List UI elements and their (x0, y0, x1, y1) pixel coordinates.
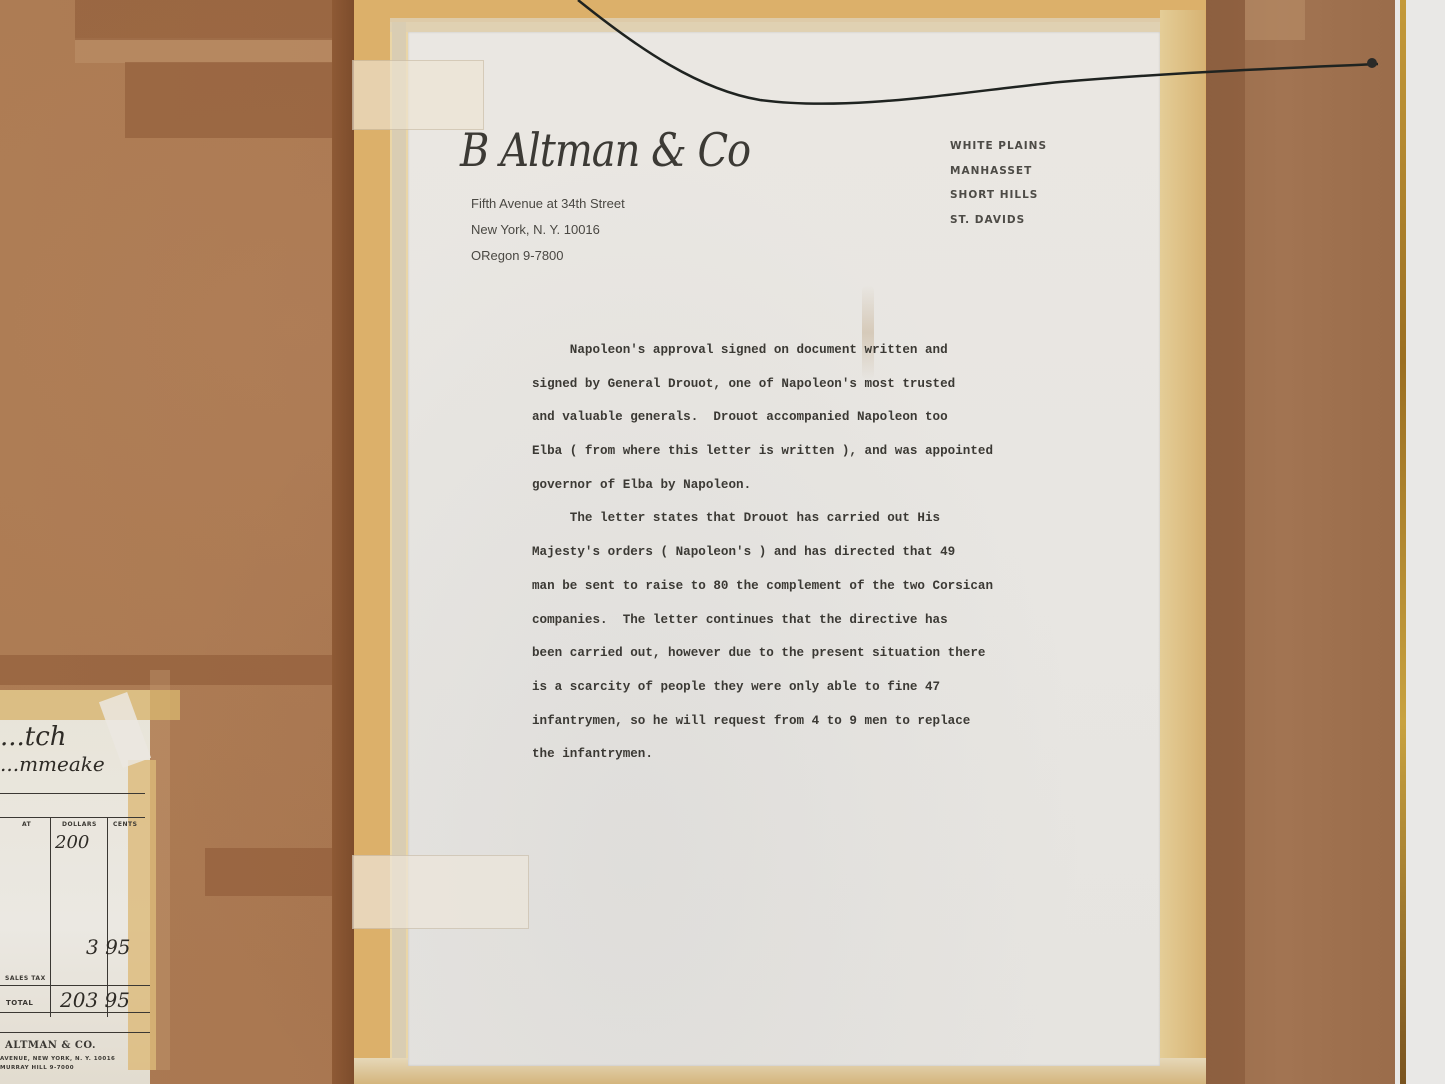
letter-line: Elba ( from where this letter is written… (532, 435, 1092, 469)
tape-strip (128, 760, 156, 1070)
receipt-rule (0, 817, 145, 818)
tape-strip (1205, 0, 1245, 1084)
letter-line: Napoleon's approval signed on document w… (532, 334, 1092, 368)
letter-line: companies. The letter continues that the… (532, 604, 1092, 638)
tape-strip (1245, 0, 1305, 40)
tape-strip (390, 18, 1175, 32)
letter-body: Napoleon's approval signed on document w… (532, 334, 1092, 772)
frame-edge-left (332, 0, 354, 1084)
receipt-rule (107, 817, 108, 1017)
receipt-rule (0, 985, 150, 986)
address-line: New York, N. Y. 10016 (471, 222, 600, 237)
letter-line: Majesty's orders ( Napoleon's ) and has … (532, 536, 1092, 570)
column-header: CENTS (113, 821, 137, 828)
tape-strip (1160, 10, 1205, 1084)
total-label: TOTAL (6, 999, 33, 1007)
letter-line: is a scarcity of people they were only a… (532, 671, 1092, 705)
receipt-handwriting: ...tch (0, 722, 67, 752)
receipt-phone: MURRAY HILL 9-7000 (0, 1065, 74, 1071)
address-line: Fifth Avenue at 34th Street (471, 196, 625, 211)
phone-line: ORegon 9-7800 (471, 248, 564, 263)
letter-line: been carried out, however due to the pre… (532, 637, 1092, 671)
branch-item: ST. DAVIDS (950, 214, 1047, 239)
receipt-rule (0, 793, 145, 794)
branch-item: MANHASSET (950, 165, 1047, 190)
receipt-store-name: ALTMAN & CO. (5, 1040, 96, 1051)
letter-line: infantrymen, so he will request from 4 t… (532, 705, 1092, 739)
tape-strip (205, 848, 335, 896)
tape-strip (125, 62, 335, 138)
receipt-rule (50, 817, 51, 1017)
tax-amount: 3 95 (86, 935, 131, 959)
letter-line: The letter states that Drouot has carrie… (532, 502, 1092, 536)
branch-item: WHITE PLAINS (950, 140, 1047, 165)
receipt-address: AVENUE, NEW YORK, N. Y. 10016 (0, 1056, 115, 1062)
letter-line: man be sent to raise to 80 the complemen… (532, 570, 1092, 604)
letter-line: signed by General Drouot, one of Napoleo… (532, 368, 1092, 402)
total-amount: 203 95 (60, 988, 130, 1012)
tape-strip (352, 60, 484, 130)
branch-item: SHORT HILLS (950, 189, 1047, 214)
gilded-frame-edge (1400, 0, 1406, 1084)
tape-strip (75, 38, 335, 63)
tax-label: SALES TAX (5, 975, 46, 982)
receipt-rule (0, 1012, 150, 1013)
letter-line: governor of Elba by Napoleon. (532, 469, 1092, 503)
amount-dollars: 200 (55, 832, 89, 853)
branch-list: WHITE PLAINS MANHASSET SHORT HILLS ST. D… (950, 140, 1047, 238)
receipt-rule (0, 1032, 150, 1033)
letter-line: and valuable generals. Drouot accompanie… (532, 401, 1092, 435)
framed-document-back: B Altman & Co Fifth Avenue at 34th Stree… (0, 0, 1445, 1084)
receipt-handwriting: ...mmeake (0, 752, 105, 776)
tape-strip (352, 855, 529, 929)
tape-strip (75, 0, 335, 40)
column-header: AT (22, 821, 31, 828)
letter-line: the infantrymen. (532, 738, 1092, 772)
company-logo: B Altman & Co (460, 125, 750, 178)
column-header: DOLLARS (62, 821, 97, 828)
tape-strip (0, 690, 180, 720)
